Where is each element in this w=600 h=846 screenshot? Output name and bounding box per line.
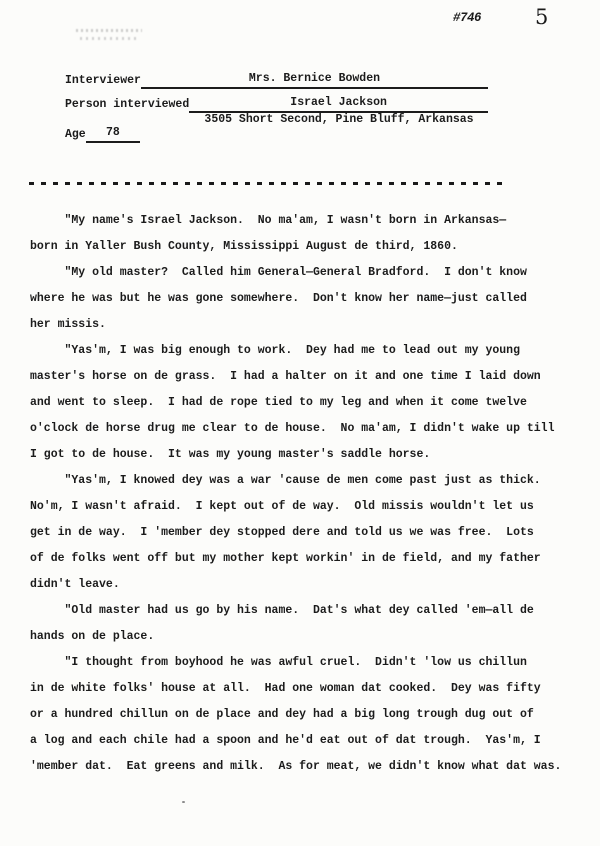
doc-number: #746 (453, 11, 481, 25)
interview-transcript: "My name's Israel Jackson. No ma'am, I w… (30, 208, 580, 780)
scan-speck (182, 801, 185, 803)
dashed-separator (29, 182, 508, 185)
faint-stamp-line (80, 37, 138, 40)
age-value: 78 (106, 126, 120, 139)
paragraph: "My old master? Called him General—Gener… (30, 260, 580, 338)
age-underline: 78 (86, 126, 140, 143)
paragraph: "Yas'm, I knowed dey was a war 'cause de… (30, 468, 580, 598)
page-number: 5 (535, 5, 548, 29)
interviewer-underline: Mrs. Bernice Bowden (141, 72, 488, 89)
person-interviewed-row: Person interviewed Israel Jackson (65, 96, 488, 113)
person-interviewed-label: Person interviewed (65, 98, 189, 113)
faint-stamp-line (76, 29, 142, 32)
paragraph: "I thought from boyhood he was awful cru… (30, 650, 580, 780)
interviewer-row: Interviewer Mrs. Bernice Bowden (65, 72, 488, 89)
age-row: Age 78 (65, 126, 140, 143)
document-page: #746 5 Interviewer Mrs. Bernice Bowden P… (0, 0, 600, 846)
interviewer-value: Mrs. Bernice Bowden (249, 72, 380, 85)
person-interviewed-value: Israel Jackson (290, 96, 387, 109)
paragraph: "Yas'm, I was big enough to work. Dey ha… (30, 338, 580, 468)
paragraph: "Old master had us go by his name. Dat's… (30, 598, 580, 650)
interviewer-label: Interviewer (65, 74, 141, 89)
paragraph: "My name's Israel Jackson. No ma'am, I w… (30, 208, 580, 260)
age-label: Age (65, 128, 86, 143)
person-interviewed-underline: Israel Jackson (189, 96, 488, 113)
faint-stamp (76, 29, 142, 45)
interviewee-address: 3505 Short Second, Pine Bluff, Arkansas (190, 113, 488, 126)
